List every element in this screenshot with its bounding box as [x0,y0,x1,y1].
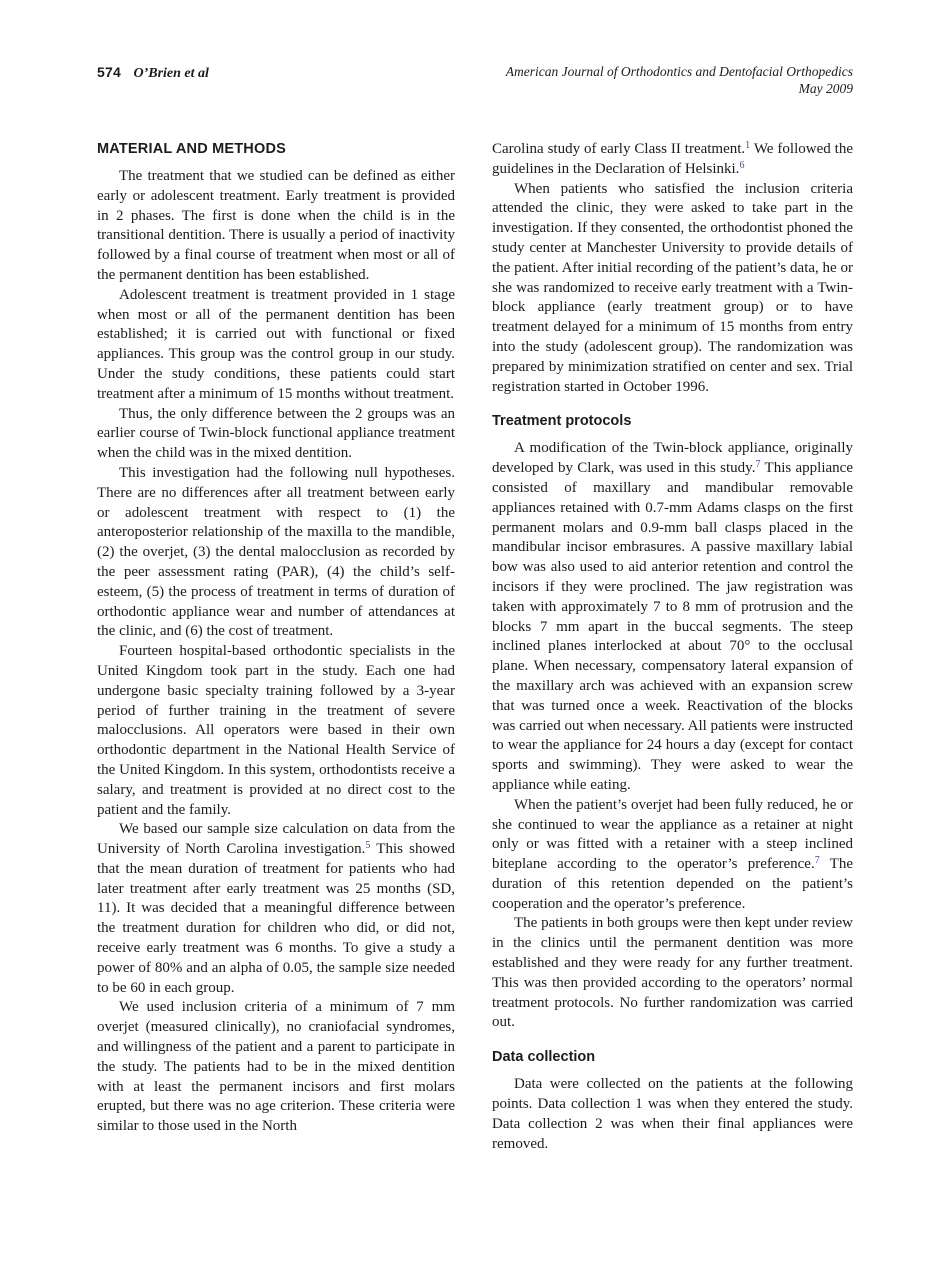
reference-link[interactable]: 7 [815,855,820,866]
paragraph: When patients who satisfied the inclusio… [492,180,853,398]
paragraph: Thus, the only difference between the 2 … [97,405,455,464]
paragraph: This investigation had the following nul… [97,464,455,642]
reference-link[interactable]: 5 [365,840,370,851]
running-header-right: American Journal of Orthodontics and Den… [506,64,853,97]
paragraph: Carolina study of early Class II treatme… [492,140,853,180]
reference-link[interactable]: 7 [755,459,760,470]
reference-link[interactable]: 6 [739,160,744,171]
journal-name: American Journal of Orthodontics and Den… [506,64,853,81]
reference-link[interactable]: 1 [745,140,750,151]
paragraph: The patients in both groups were then ke… [492,914,853,1033]
paragraph: We used inclusion criteria of a minimum … [97,998,455,1137]
paragraph: When the patient’s overjet had been full… [492,796,853,915]
right-column: Carolina study of early Class II treatme… [492,140,853,1154]
paragraph: The treatment that we studied can be def… [97,167,455,286]
page-number: 574 [97,64,121,80]
running-header-left: 574 O’Brien et al [97,64,209,82]
paragraph: Data were collected on the patients at t… [492,1075,853,1154]
paragraph: A modification of the Twin-block applian… [492,439,853,795]
left-column: MATERIAL AND METHODSThe treatment that w… [97,140,455,1154]
paragraph: Fourteen hospital-based orthodontic spec… [97,642,455,820]
journal-page: 574 O’Brien et al American Journal of Or… [0,0,950,1272]
subheading: Data collection [492,1048,853,1066]
paragraph: We based our sample size calculation on … [97,820,455,998]
running-header: 574 O’Brien et al American Journal of Or… [97,64,853,97]
running-head-authors: O’Brien et al [133,66,208,81]
issue-date: May 2009 [506,81,853,98]
section-heading: MATERIAL AND METHODS [97,140,455,158]
paragraph: Adolescent treatment is treatment provid… [97,286,455,405]
subheading: Treatment protocols [492,412,853,430]
article-body: MATERIAL AND METHODSThe treatment that w… [97,140,853,1154]
